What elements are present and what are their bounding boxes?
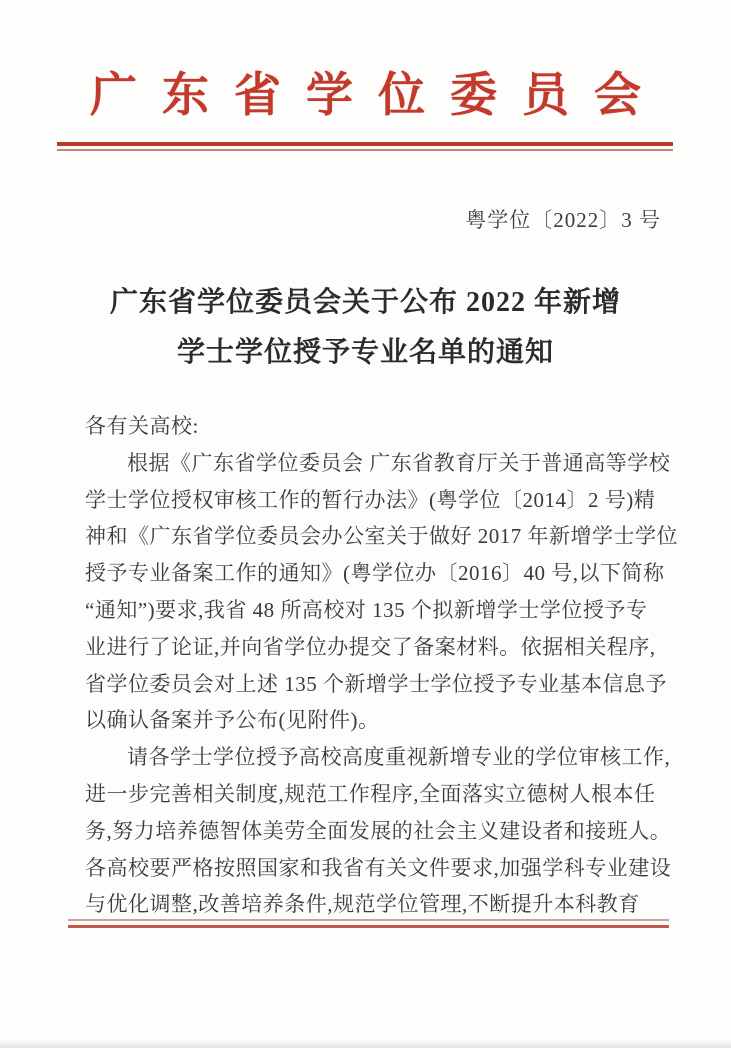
letterhead-divider-thin-line <box>57 149 673 151</box>
paragraph2-line: 与优化调整,改善培养条件,规范学位管理,不断提升本科教育 <box>85 886 661 923</box>
paragraph2-line: 各高校要严格按照国家和我省有关文件要求,加强学科专业建设 <box>85 850 661 887</box>
paragraph1-line: “通知”)要求,我省 48 所高校对 135 个拟新增学士学位授予专 <box>85 592 661 629</box>
scan-edge-shadow <box>0 1040 731 1048</box>
paragraph2-line: 务,努力培养德智体美劳全面发展的社会主义建设者和接班人。 <box>85 813 661 850</box>
paragraph1-line: 授予专业备案工作的通知》(粤学位办〔2016〕40 号,以下简称 <box>85 555 661 592</box>
document-title-line2: 学士学位授予专业名单的通知 <box>0 328 731 378</box>
paragraph2-line: 请各学士学位授予高校高度重视新增专业的学位审核工作, <box>85 739 661 776</box>
page-bottom-divider-red-line <box>68 925 669 928</box>
paragraph1-line: 根据《广东省学位委员会 广东省教育厅关于普通高等学校 <box>85 445 661 482</box>
paragraph1-line: 学士学位授权审核工作的暂行办法》(粤学位〔2014〕2 号)精 <box>85 482 661 519</box>
document-number: 粤学位〔2022〕3 号 <box>465 204 661 234</box>
document-body: 各有关高校: 根据《广东省学位委员会 广东省教育厅关于普通高等学校 学士学位授权… <box>85 408 661 923</box>
paragraph2-line: 进一步完善相关制度,规范工作程序,全面落实立德树人根本任 <box>85 776 661 813</box>
paragraph1-line: 以确认备案并予公布(见附件)。 <box>85 702 661 739</box>
paragraph1-line: 省学位委员会对上述 135 个新增学士学位授予专业基本信息予 <box>85 666 661 703</box>
document-title-line1: 广东省学位委员会关于公布 2022 年新增 <box>0 278 731 328</box>
document-page: 广东省学位委员会 粤学位〔2022〕3 号 广东省学位委员会关于公布 2022 … <box>0 0 731 1048</box>
page-bottom-divider <box>68 919 669 928</box>
salutation: 各有关高校: <box>85 408 661 445</box>
document-title: 广东省学位委员会关于公布 2022 年新增 学士学位授予专业名单的通知 <box>0 278 731 378</box>
paragraph1-line: 神和《广东省学位委员会办公室关于做好 2017 年新增学士学位 <box>85 518 661 555</box>
paragraph1-line: 业进行了论证,并向省学位办提交了备案材料。依据相关程序, <box>85 629 661 666</box>
letterhead-divider <box>57 142 673 151</box>
letterhead-title: 广东省学位委员会 <box>0 58 731 125</box>
